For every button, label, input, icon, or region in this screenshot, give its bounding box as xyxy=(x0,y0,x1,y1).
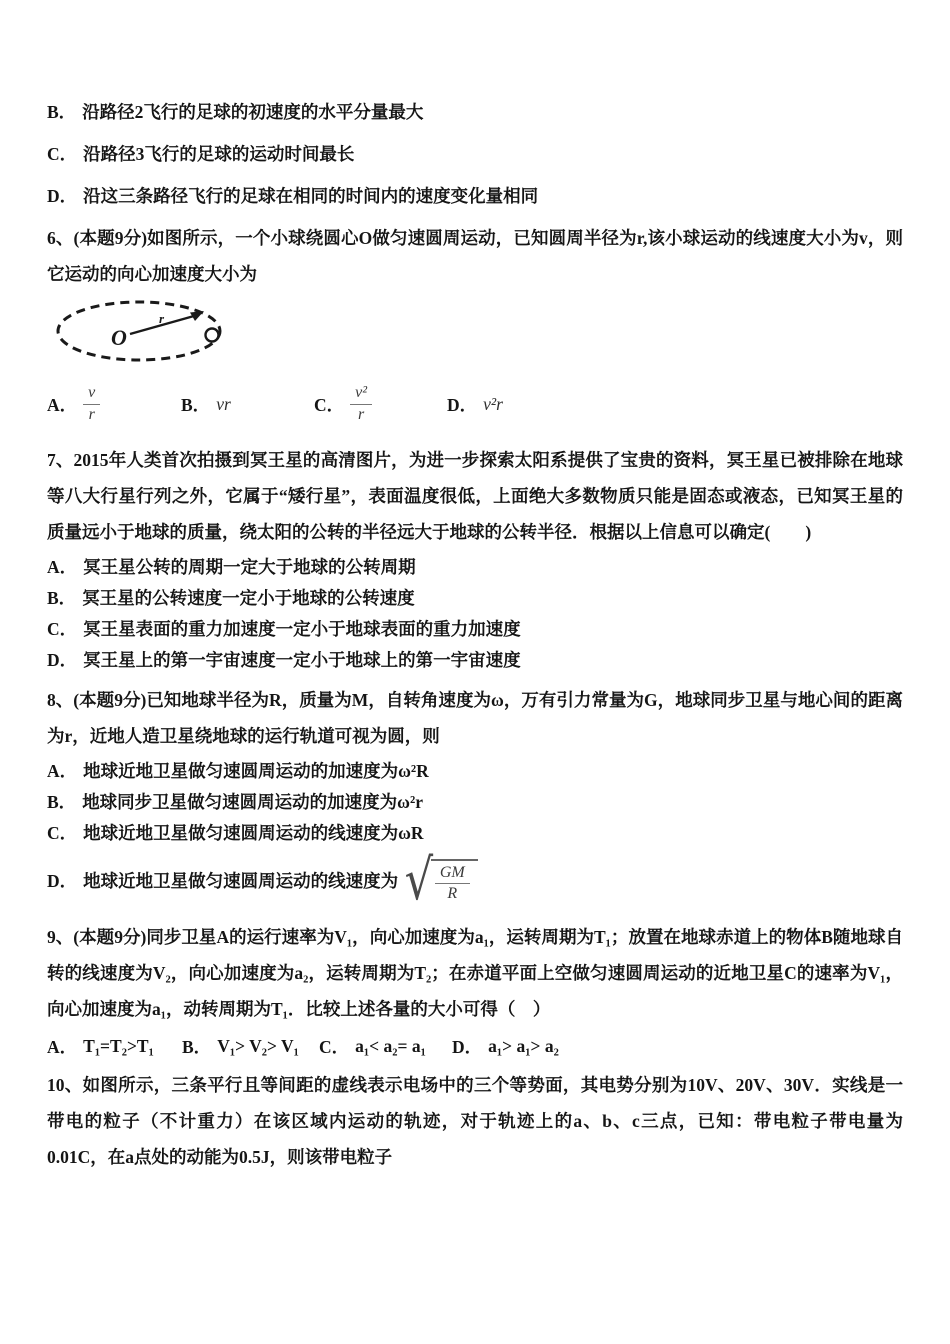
option-text: 冥王星上的第一宇宙速度一定小于地球上的第一宇宙速度 xyxy=(83,650,521,670)
option-letter: C． xyxy=(47,144,77,164)
option-text: 沿路径3飞行的足球的运动时间最长 xyxy=(83,144,354,164)
option-letter: C． xyxy=(47,823,77,843)
option-row: D．冥王星上的第一宇宙速度一定小于地球上的第一宇宙速度 xyxy=(47,645,903,676)
option-letter: C． xyxy=(314,392,344,417)
question5-options: B．沿路径2飞行的足球的初速度的水平分量最大 C．沿路径3飞行的足球的运动时间最… xyxy=(47,94,903,214)
option-formula: vr xyxy=(216,394,231,415)
option-row: D． 地球近地卫星做匀速圆周运动的线速度为 √ GMR xyxy=(47,849,903,913)
option-row: B． vr xyxy=(181,392,314,417)
option-text: 沿路径2飞行的足球的初速度的水平分量最大 xyxy=(82,102,423,122)
option-text: 冥王星的公转速度一定小于地球的公转速度 xyxy=(82,588,415,608)
option-row: C．地球近地卫星做匀速圆周运动的线速度为ωR xyxy=(47,818,903,849)
option-letter: C． xyxy=(47,619,77,639)
option-row: D．a₁> a₁> a₂ xyxy=(452,1034,559,1059)
center-label: O xyxy=(111,325,127,350)
option-letter: C． xyxy=(319,1034,349,1059)
option-letter: B． xyxy=(47,102,76,122)
option-row: A． vr xyxy=(47,384,181,424)
q8-stem: 8、(本题9分)已知地球半径为R，质量为M，自转角速度为ω，万有引力常量为G，地… xyxy=(47,682,903,754)
exam-page: B．沿路径2飞行的足球的初速度的水平分量最大 C．沿路径3飞行的足球的运动时间最… xyxy=(0,0,950,1175)
q7-options: A．冥王星公转的周期一定大于地球的公转周期 B．冥王星的公转速度一定小于地球的公… xyxy=(47,552,903,676)
q9-stem: 9、(本题9分)同步卫星A的运行速率为V₁，向心加速度为a₁，运转周期为T₁；放… xyxy=(47,919,903,1027)
option-formula: a₁< a₂= a₁ xyxy=(355,1036,426,1057)
q9-options: A．T₁=T₂>T₁ B．V₁> V₂> V₁ C．a₁< a₂= a₁ D．a… xyxy=(47,1029,903,1063)
option-letter: B． xyxy=(181,392,210,417)
option-row: C．沿路径3飞行的足球的运动时间最长 xyxy=(47,136,903,172)
option-row: B．V₁> V₂> V₁ xyxy=(182,1034,319,1059)
q7-stem: 7、2015年人类首次拍摄到冥王星的高清图片，为进一步探索太阳系提供了宝贵的资料… xyxy=(47,442,903,550)
option-letter: D． xyxy=(47,650,77,670)
circular-motion-diagram: O r xyxy=(56,296,266,370)
option-text: 冥王星表面的重力加速度一定小于地球表面的重力加速度 xyxy=(83,619,521,639)
option-letter: B． xyxy=(182,1034,211,1059)
option-letter: D． xyxy=(447,392,477,417)
option-letter: D． xyxy=(47,866,77,897)
option-formula: V₁> V₂> V₁ xyxy=(217,1036,299,1057)
radical-sign: √ xyxy=(405,857,434,905)
option-letter: A． xyxy=(47,392,77,417)
option-text: 地球近地卫星做匀速圆周运动的加速度为ω²R xyxy=(83,761,429,781)
option-row: C． v²r xyxy=(314,384,447,424)
fraction-gm-over-r: GMR xyxy=(435,864,470,904)
option-text: 地球近地卫星做匀速圆周运动的线速度为 xyxy=(83,866,398,897)
q10-stem: 10、如图所示，三条平行且等间距的虚线表示电场中的三个等势面，其电势分别为10V… xyxy=(47,1067,903,1175)
option-letter: D． xyxy=(47,186,77,206)
sqrt-gm-over-r: √ GMR xyxy=(401,857,478,905)
ball xyxy=(206,329,219,342)
radius-arrowhead xyxy=(190,311,204,321)
option-text: 地球近地卫星做匀速圆周运动的线速度为ωR xyxy=(83,823,423,843)
option-row: A．冥王星公转的周期一定大于地球的公转周期 xyxy=(47,552,903,583)
option-row: B．冥王星的公转速度一定小于地球的公转速度 xyxy=(47,583,903,614)
option-letter: A． xyxy=(47,1034,77,1059)
option-letter: D． xyxy=(452,1034,482,1059)
q8-options: A．地球近地卫星做匀速圆周运动的加速度为ω²R B．地球同步卫星做匀速圆周运动的… xyxy=(47,756,903,913)
option-letter: A． xyxy=(47,761,77,781)
option-row: A．T₁=T₂>T₁ xyxy=(47,1034,182,1059)
option-letter: A． xyxy=(47,557,77,577)
option-row: C．冥王星表面的重力加速度一定小于地球表面的重力加速度 xyxy=(47,614,903,645)
q6-stem: 6、(本题9分)如图所示，一个小球绕圆心O做匀速圆周运动，已知圆周半径为r,该小… xyxy=(47,220,903,292)
fraction-v2-over-r: v²r xyxy=(350,384,372,424)
option-text: 地球同步卫星做匀速圆周运动的加速度为ω²r xyxy=(82,792,423,812)
q6-options: A． vr B． vr C． v²r D． v²r xyxy=(47,376,903,432)
option-row: D． v²r xyxy=(447,392,503,417)
option-row: A．地球近地卫星做匀速圆周运动的加速度为ω²R xyxy=(47,756,903,787)
option-row: B．沿路径2飞行的足球的初速度的水平分量最大 xyxy=(47,94,903,130)
option-text: 沿这三条路径飞行的足球在相同的时间内的速度变化量相同 xyxy=(83,186,538,206)
option-row: B．地球同步卫星做匀速圆周运动的加速度为ω²r xyxy=(47,787,903,818)
option-formula: v²r xyxy=(483,394,503,415)
option-row: D．沿这三条路径飞行的足球在相同的时间内的速度变化量相同 xyxy=(47,178,903,214)
option-row: C．a₁< a₂= a₁ xyxy=(319,1034,452,1059)
option-letter: B． xyxy=(47,792,76,812)
option-formula: T₁=T₂>T₁ xyxy=(83,1036,154,1057)
option-text: 冥王星公转的周期一定大于地球的公转周期 xyxy=(83,557,416,577)
option-letter: B． xyxy=(47,588,76,608)
q6-diagram: O r xyxy=(56,296,903,370)
fraction-v-over-r: vr xyxy=(83,384,100,424)
option-formula: a₁> a₁> a₂ xyxy=(488,1036,559,1057)
